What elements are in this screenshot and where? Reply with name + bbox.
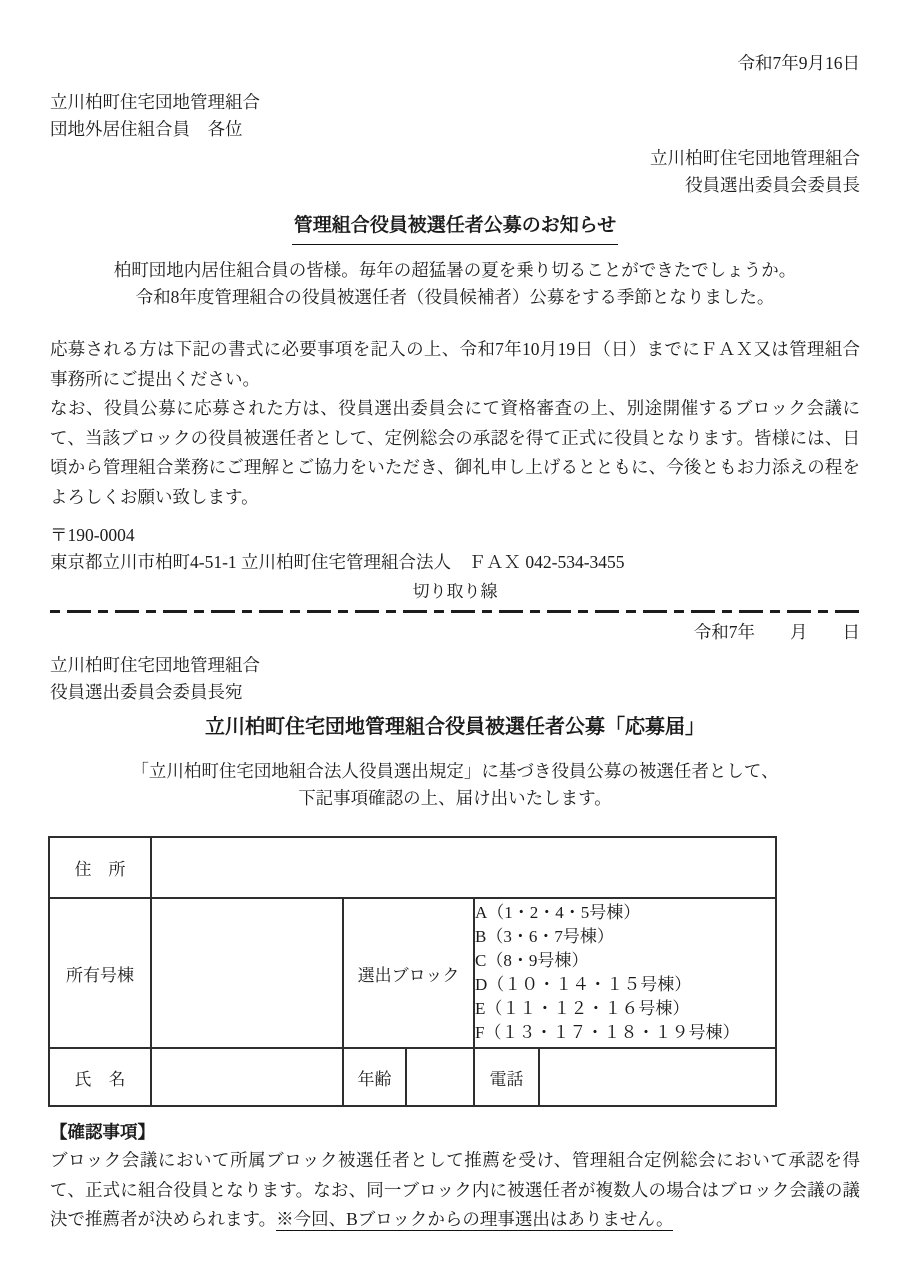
block-option-d: D（１０・１４・１５号棟） xyxy=(475,973,775,997)
form-addressee-role: 役員選出委員会委員長宛 xyxy=(50,679,860,706)
issue-date: 令和7年9月16日 xyxy=(50,50,860,77)
table-row-name-age-phone: 氏 名 年齢 電話 xyxy=(49,1048,776,1106)
form-title: 立川柏町住宅団地管理組合役員被選任者公募「応募届」 xyxy=(205,712,705,742)
greeting-line-1: 柏町団地内居住組合員の皆様。毎年の超猛暑の夏を乗り切ることができたでしょうか。 xyxy=(50,257,860,284)
body-paragraph-2: なお、役員公募に応募された方は、役員選出委員会にて資格審査の上、別途開催するブロ… xyxy=(50,394,860,512)
form-intro-line-2: 下記事項確認の上、届け出いたします。 xyxy=(50,785,860,812)
block-option-e: E（１１・１２・１６号棟） xyxy=(475,997,775,1021)
scanned-document-page: 令和7年9月16日 立川柏町住宅団地管理組合 団地外居住組合員 各位 立川柏町住… xyxy=(0,0,900,1277)
body-paragraph-1: 応募される方は下記の書式に必要事項を記入の上、令和7年10月19日（日）までにＦ… xyxy=(50,335,860,394)
cut-dash-line xyxy=(50,610,860,613)
block-option-c: C（8・9号棟） xyxy=(475,949,775,973)
notice-title-row: 管理組合役員被選任者公募のお知らせ xyxy=(50,211,860,245)
notice-title: 管理組合役員被選任者公募のお知らせ xyxy=(292,211,618,245)
block-options-cell: A（1・2・4・5号棟） B（3・6・7号棟） C（8・9号棟） D（１０・１４… xyxy=(474,898,776,1048)
recipient-members: 団地外居住組合員 各位 xyxy=(50,116,860,143)
building-label-cell: 所有号棟 xyxy=(49,898,151,1048)
block-option-f: F（１３・１７・１８・１９号棟） xyxy=(475,1021,775,1045)
name-label-cell: 氏 名 xyxy=(49,1048,151,1106)
block-option-a: A（1・2・4・5号棟） xyxy=(475,901,775,925)
age-label-cell: 年齢 xyxy=(343,1048,406,1106)
phone-input-cell xyxy=(539,1048,776,1106)
confirmation-note-underlined: ※今回、Bブロックからの理事選出はありません。 xyxy=(276,1209,673,1231)
age-input-cell xyxy=(406,1048,474,1106)
table-row-address: 住 所 xyxy=(49,837,776,898)
confirmation-body: ブロック会議において所属ブロック被選任者として推薦を受け、管理組合定例総会におい… xyxy=(50,1146,860,1235)
building-input-cell xyxy=(151,898,343,1048)
sender-role: 役員選出委員会委員長 xyxy=(50,172,860,199)
form-addressee-org: 立川柏町住宅団地管理組合 xyxy=(50,652,860,679)
phone-label-cell: 電話 xyxy=(474,1048,539,1106)
postal-code: 〒190-0004 xyxy=(50,522,860,549)
confirmation-heading: 【確認事項】 xyxy=(50,1119,860,1146)
application-form-table: 住 所 所有号棟 選出ブロック A（1・2・4・5号棟） B（3・6・7号棟） … xyxy=(48,836,777,1107)
cut-line-label: 切り取り線 xyxy=(50,578,860,605)
sender-org: 立川柏町住宅団地管理組合 xyxy=(50,145,860,172)
block-option-b: B（3・6・7号棟） xyxy=(475,925,775,949)
form-date-line: 令和7年 月 日 xyxy=(50,619,860,646)
recipient-org: 立川柏町住宅団地管理組合 xyxy=(50,89,860,116)
table-row-building-block: 所有号棟 選出ブロック A（1・2・4・5号棟） B（3・6・7号棟） C（8・… xyxy=(49,898,776,1048)
form-intro-line-1: 「立川柏町住宅団地組合法人役員選出規定」に基づき役員公募の被選任者として、 xyxy=(50,758,860,785)
address-label-cell: 住 所 xyxy=(49,837,151,898)
greeting-line-2: 令和8年度管理組合の役員被選任者（役員候補者）公募をする季節となりました。 xyxy=(50,284,860,311)
block-label-cell: 選出ブロック xyxy=(343,898,474,1048)
address-fax-line: 東京都立川市柏町4-51-1 立川柏町住宅管理組合法人 ＦＡＸ 042-534-… xyxy=(50,549,860,576)
name-input-cell xyxy=(151,1048,343,1106)
form-title-row: 立川柏町住宅団地管理組合役員被選任者公募「応募届」 xyxy=(50,712,860,744)
address-input-cell xyxy=(151,837,776,898)
